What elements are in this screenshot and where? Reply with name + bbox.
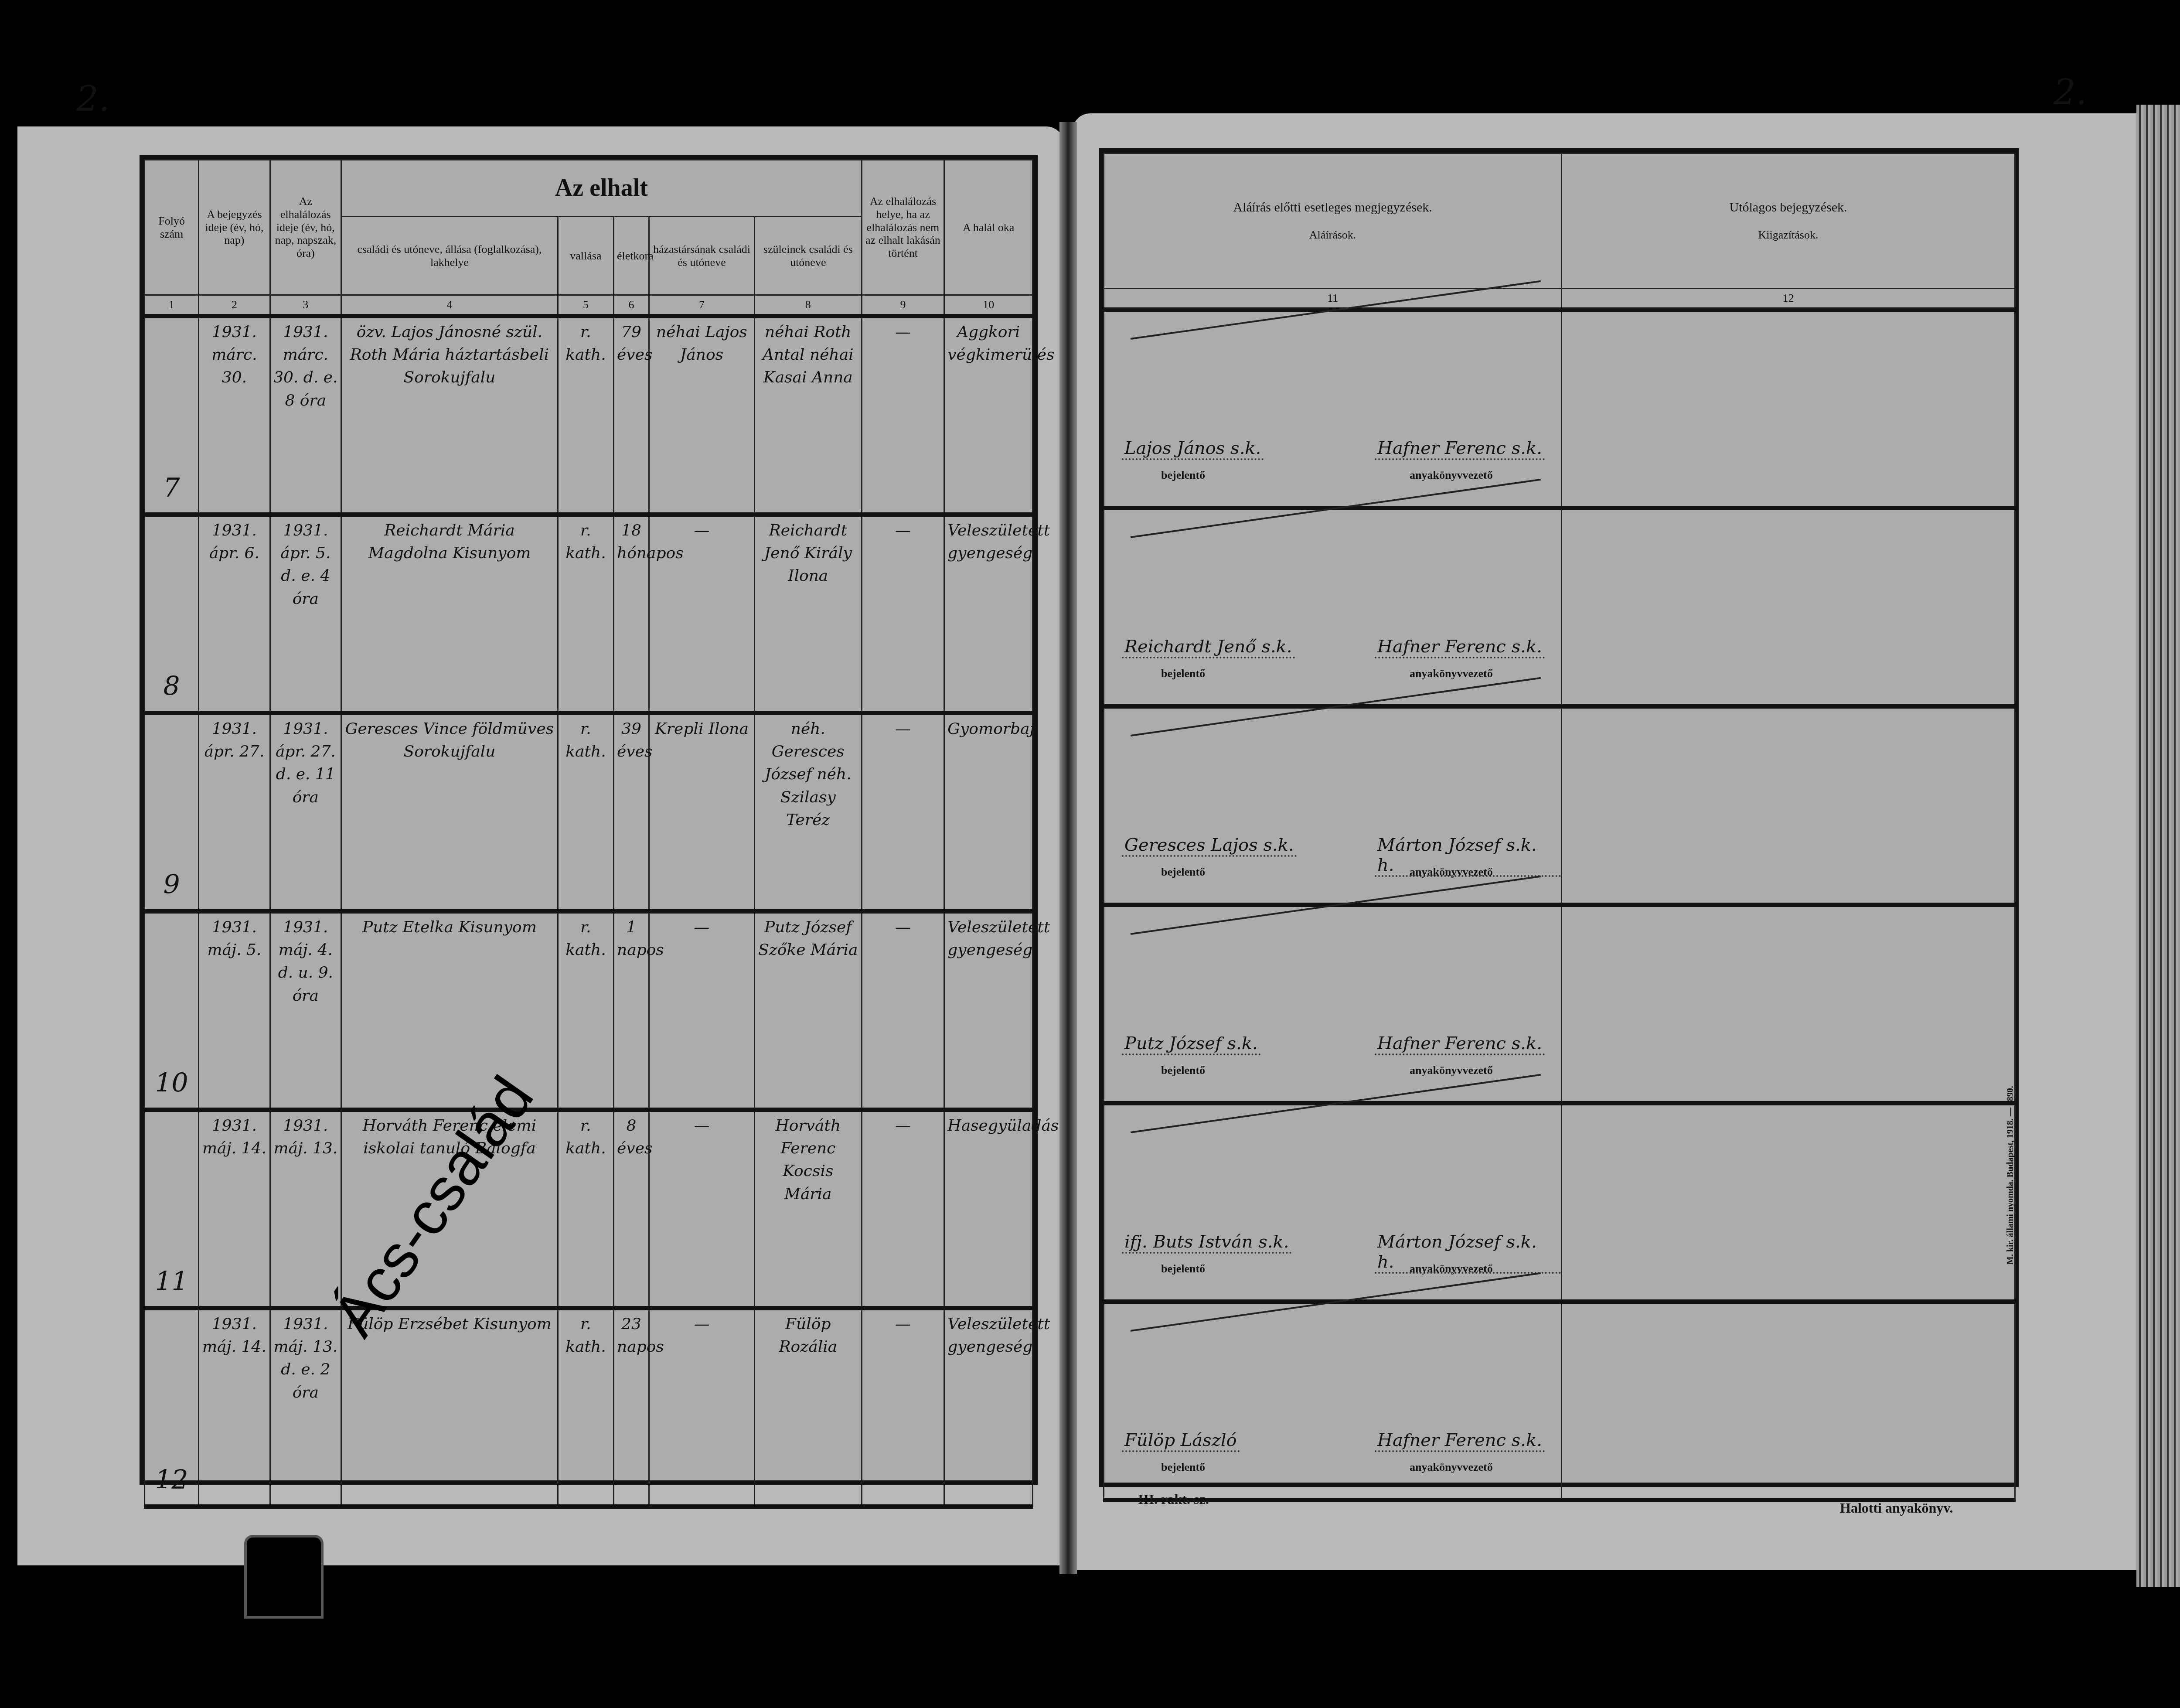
corrections-cell <box>1562 1302 2015 1500</box>
entry-religion: r. kath. <box>558 1308 613 1507</box>
signature-cell: Reichardt Jenő s.k.bejelentőHafner Feren… <box>1104 508 1562 706</box>
colnum-4: 4 <box>341 295 558 317</box>
informant-label: bejelentő <box>1161 667 1205 680</box>
informant-label: bejelentő <box>1161 1461 1205 1474</box>
entry-parents: Fülöp Rozália <box>754 1308 862 1507</box>
registrar-label: anyakönyvvezető <box>1410 469 1493 482</box>
entry-death-date: 1931. máj. 13. d. e. 2 óra <box>270 1308 341 1507</box>
signature-row: ifj. Buts István s.k.bejelentőMárton Józ… <box>1104 1103 2015 1302</box>
entry-cause: Veleszületett gyengeség <box>944 1308 1033 1507</box>
right-page-number: 2. <box>2054 72 2087 113</box>
registrar-signature: Hafner Ferenc s.k. <box>1375 637 1545 658</box>
registrar-signature: Hafner Ferenc s.k. <box>1375 1430 1545 1452</box>
registrar-signature: Hafner Ferenc s.k. <box>1375 1033 1545 1055</box>
informant-signature: ifj. Buts István s.k. <box>1122 1232 1291 1254</box>
entry-reg-date: 1931. márc. 30. <box>199 316 270 515</box>
left-page-number: 2. <box>76 78 109 119</box>
registrar-signature: Hafner Ferenc s.k. <box>1375 438 1545 460</box>
entry-num: 8 <box>145 515 199 713</box>
colnum-11: 11 <box>1104 289 1562 310</box>
entry-row: 71931. márc. 30.1931. márc. 30. d. e. 8 … <box>145 316 1033 515</box>
header-col-10: A halál oka <box>944 160 1033 295</box>
header-col-7: házastársának családi és utóneve <box>649 217 755 295</box>
entry-religion: r. kath. <box>558 1110 613 1308</box>
registrar-label: anyakönyvvezető <box>1410 1262 1493 1275</box>
entry-cause: Veleszületett gyengeség <box>944 515 1033 713</box>
header-col-6: életkora <box>613 217 649 295</box>
signature-cell: Lajos János s.k.bejelentőHafner Ferenc s… <box>1104 310 1562 508</box>
entry-reg-date: 1931. máj. 14. <box>199 1110 270 1308</box>
colnum-2: 2 <box>199 295 270 317</box>
entry-row: 111931. máj. 14.1931. máj. 13.Horváth Fe… <box>145 1110 1033 1308</box>
entry-num: 11 <box>145 1110 199 1308</box>
colnum-5: 5 <box>558 295 613 317</box>
signature-row: Lajos János s.k.bejelentőHafner Ferenc s… <box>1104 310 2015 508</box>
registrar-label: anyakönyvvezető <box>1410 667 1493 680</box>
entry-spouse: Krepli Ilona <box>649 713 755 911</box>
entry-cause: Veleszületett gyengeség <box>944 911 1033 1110</box>
register-title: Halotti anyakönyv. <box>1840 1500 1953 1516</box>
signature-cell: Fülöp LászlóbejelentőHafner Ferenc s.k.a… <box>1104 1302 1562 1500</box>
colnum-6: 6 <box>613 295 649 317</box>
entry-num: 9 <box>145 713 199 911</box>
entry-name: özv. Lajos Jánosné szül. Roth Mária házt… <box>341 316 558 515</box>
corrections-cell <box>1562 706 2015 905</box>
entry-place: — <box>862 713 944 911</box>
entry-reg-date: 1931. máj. 5. <box>199 911 270 1110</box>
entry-age: 39 éves <box>613 713 649 911</box>
signature-cell: Putz József s.k.bejelentőHafner Ferenc s… <box>1104 905 1562 1103</box>
entry-place: — <box>862 911 944 1110</box>
registrar-label: anyakönyvvezető <box>1410 866 1493 879</box>
entry-death-date: 1931. ápr. 5. d. e. 4 óra <box>270 515 341 713</box>
entry-age: 18 hónapos <box>613 515 649 713</box>
entry-death-date: 1931. máj. 13. <box>270 1110 341 1308</box>
header-col-5: vallása <box>558 217 613 295</box>
entry-num: 7 <box>145 316 199 515</box>
entry-place: — <box>862 515 944 713</box>
page-edges <box>2136 105 2180 1587</box>
informant-label: bejelentő <box>1161 469 1205 482</box>
entry-number: 8 <box>163 671 180 702</box>
entry-cause: Gyomorbaj <box>944 713 1033 911</box>
header-col-11: Aláírás előtti esetleges megjegyzések. A… <box>1104 153 1562 289</box>
entry-name: Geresces Vince földmüves Sorokujfalu <box>341 713 558 911</box>
col12-subtitle: Kiigazítások. <box>1565 228 2012 242</box>
entry-row: 121931. máj. 14.1931. máj. 13. d. e. 2 ó… <box>145 1308 1033 1507</box>
entry-age: 8 éves <box>613 1110 649 1308</box>
corrections-cell <box>1562 508 2015 706</box>
entry-spouse: — <box>649 911 755 1110</box>
corrections-cell <box>1562 1103 2015 1302</box>
entry-number: 9 <box>163 869 180 900</box>
entry-place: — <box>862 1110 944 1308</box>
header-col-12: Utólagos bejegyzések. Kiigazítások. <box>1562 153 2015 289</box>
entry-place: — <box>862 1308 944 1507</box>
informant-signature: Putz József s.k. <box>1122 1033 1260 1055</box>
entry-religion: r. kath. <box>558 713 613 911</box>
header-col-1: Folyó szám <box>145 160 199 295</box>
entry-spouse: — <box>649 1110 755 1308</box>
col12-title: Utólagos bejegyzések. <box>1565 200 2012 215</box>
entry-age: 23 napos <box>613 1308 649 1507</box>
entry-death-date: 1931. márc. 30. d. e. 8 óra <box>270 316 341 515</box>
informant-signature: Reichardt Jenő s.k. <box>1122 637 1295 658</box>
entry-age: 1 napos <box>613 911 649 1110</box>
group-header-deceased: Az elhalt <box>341 160 862 217</box>
entry-religion: r. kath. <box>558 316 613 515</box>
entry-reg-date: 1931. ápr. 6. <box>199 515 270 713</box>
colnum-3: 3 <box>270 295 341 317</box>
signature-cell: ifj. Buts István s.k.bejelentőMárton Józ… <box>1104 1103 1562 1302</box>
entry-cause: Hasegyüladás <box>944 1110 1033 1308</box>
signature-cell: Geresces Lajos s.k.bejelentőMárton Józse… <box>1104 706 1562 905</box>
header-col-3: Az elhalálozás ideje (év, hó, nap, napsz… <box>270 160 341 295</box>
informant-label: bejelentő <box>1161 1262 1205 1275</box>
entry-cause: Aggkori végkimerülés <box>944 316 1033 515</box>
corrections-cell <box>1562 310 2015 508</box>
entry-number: 10 <box>155 1068 188 1098</box>
death-register-table: Folyó szám A bejegyzés ideje (év, hó, na… <box>144 159 1033 1509</box>
book-gutter <box>1059 122 1077 1574</box>
entry-number: 12 <box>155 1465 188 1495</box>
entry-row: 91931. ápr. 27.1931. ápr. 27. d. e. 11 ó… <box>145 713 1033 911</box>
entry-number: 11 <box>155 1266 188 1297</box>
entry-death-date: 1931. máj. 4. d. u. 9. óra <box>270 911 341 1110</box>
entry-name: Putz Etelka Kisunyom <box>341 911 558 1110</box>
signature-row: Reichardt Jenő s.k.bejelentőHafner Feren… <box>1104 508 2015 706</box>
entry-row: 101931. máj. 5.1931. máj. 4. d. u. 9. ór… <box>145 911 1033 1110</box>
signature-row: Geresces Lajos s.k.bejelentőMárton Józse… <box>1104 706 2015 905</box>
entry-name: Reichardt Mária Magdolna Kisunyom <box>341 515 558 713</box>
entry-reg-date: 1931. máj. 14. <box>199 1308 270 1507</box>
col11-title: Aláírás előtti esetleges megjegyzések. <box>1107 200 1558 215</box>
entry-spouse: néhai Lajos János <box>649 316 755 515</box>
entry-spouse: — <box>649 1308 755 1507</box>
colnum-7: 7 <box>649 295 755 317</box>
header-col-8: szüleinek családi és utóneve <box>754 217 862 295</box>
registrar-label: anyakönyvvezető <box>1410 1461 1493 1474</box>
signature-row: Putz József s.k.bejelentőHafner Ferenc s… <box>1104 905 2015 1103</box>
header-col-2: A bejegyzés ideje (év, hó, nap) <box>199 160 270 295</box>
informant-signature: Geresces Lajos s.k. <box>1122 835 1297 857</box>
informant-signature: Lajos János s.k. <box>1122 438 1264 460</box>
signatures-table: Aláírás előtti esetleges megjegyzések. A… <box>1103 153 2016 1502</box>
entry-place: — <box>862 316 944 515</box>
entry-reg-date: 1931. ápr. 27. <box>199 713 270 911</box>
entry-parents: Putz József Szőke Mária <box>754 911 862 1110</box>
death-register-right-form: Aláírás előtti esetleges megjegyzések. A… <box>1099 148 2019 1487</box>
registrar-label: anyakönyvvezető <box>1410 1064 1493 1077</box>
entry-death-date: 1931. ápr. 27. d. e. 11 óra <box>270 713 341 911</box>
entry-religion: r. kath. <box>558 911 613 1110</box>
header-col-9: Az elhalálozás helye, ha az elhalálozás … <box>862 160 944 295</box>
informant-label: bejelentő <box>1161 1064 1205 1077</box>
entry-number: 7 <box>163 473 180 503</box>
entry-parents: néhai Roth Antal néhai Kasai Anna <box>754 316 862 515</box>
informant-label: bejelentő <box>1161 866 1205 879</box>
entry-row: 81931. ápr. 6.1931. ápr. 5. d. e. 4 óraR… <box>145 515 1033 713</box>
signature-row: Fülöp LászlóbejelentőHafner Ferenc s.k.a… <box>1104 1302 2015 1500</box>
colnum-1: 1 <box>145 295 199 317</box>
informant-signature: Fülöp László <box>1122 1430 1240 1452</box>
entry-num: 12 <box>145 1308 199 1507</box>
entry-parents: Horváth Ferenc Kocsis Mária <box>754 1110 862 1308</box>
death-register-left-form: Folyó szám A bejegyzés ideje (év, hó, na… <box>140 155 1038 1485</box>
entry-parents: Reichardt Jenő Király Ilona <box>754 515 862 713</box>
header-col-4: családi és utóneve, állása (foglalkozása… <box>341 217 558 295</box>
printer-note: M. kir. állami nyomda. Budapest, 1918. —… <box>2006 1086 2016 1265</box>
colnum-9: 9 <box>862 295 944 317</box>
colnum-8: 8 <box>754 295 862 317</box>
entry-parents: néh. Geresces József néh. Szilasy Teréz <box>754 713 862 911</box>
entry-age: 79 éves <box>613 316 649 515</box>
book-tab <box>244 1535 324 1619</box>
colnum-10: 10 <box>944 295 1033 317</box>
entry-religion: r. kath. <box>558 515 613 713</box>
entry-num: 10 <box>145 911 199 1110</box>
colnum-12: 12 <box>1562 289 2015 310</box>
corrections-cell <box>1562 905 2015 1103</box>
col11-subtitle: Aláírások. <box>1107 228 1558 242</box>
form-number: III. rakt. sz. <box>1138 1491 1209 1507</box>
